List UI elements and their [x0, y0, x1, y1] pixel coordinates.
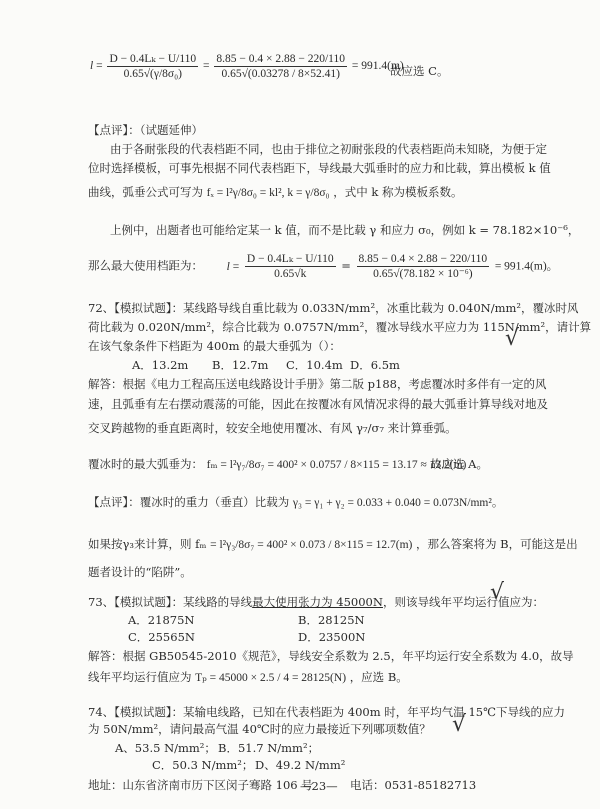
para3-text: 曲线，弧垂公式可写为 [88, 185, 203, 199]
q72-comment-label: 【点评】：覆冰时的重力（垂直）比载为 [88, 495, 289, 509]
document-page: l = D − 0.4Lₖ − U/1100.65√(γ/8σ₀) = 8.85… [0, 0, 600, 809]
q73-answer1: 解答：根据 GB50545-2010《规范》，导线安全系数为 2.5，年平均运行… [88, 648, 574, 664]
q73-answer2: 线年平均运行值应为 Tₚ = 45000 × 2.5 / 4 = 28125(N… [88, 669, 408, 685]
q72-answer2: 速，且弧垂有左右摆动震荡的可能，因此在按覆冰有风情况求得的最大弧垂计算导线对地及 [88, 396, 548, 412]
checkmark-icon: √ [452, 712, 466, 737]
q72-comment-formula: γ₃ = γ₁ + γ₂ = 0.033 + 0.040 = 0.073N/mm… [293, 497, 503, 509]
footer-address: 地址：山东省济南市历下区闵子骞路 106 号 [88, 777, 313, 793]
q72-formula-label: 覆冰时的最大弧垂为： [88, 457, 203, 471]
comment1-heading: 【点评】：（试题延伸） [88, 122, 203, 138]
para5-numerator-values: 8.85 − 0.4 × 2.88 − 220/110 [357, 252, 490, 267]
q72-alt-post: ，那么答案将为 B，可能这是出 [416, 537, 578, 551]
q72-comment: 【点评】：覆冰时的重力（垂直）比载为 γ₃ = γ₁ + γ₂ = 0.033 … [88, 494, 503, 510]
comment1-para4: 上例中，出题者也可能给定某一 k 值，而不是比载 γ 和应力 σ₀，例如 k =… [110, 222, 579, 238]
q72-option-b: B．12.7m [212, 357, 268, 373]
q73-formula: Tₚ = 45000 × 2.5 / 4 = 28125(N) [195, 672, 346, 684]
sag-formula: fₓ = l²γ/8σ₀ = kl², k = γ/8σ₀ [207, 187, 330, 199]
formula-numerator: D − 0.4Lₖ − U/110 [107, 52, 198, 67]
q74-option-c: C．50.3 N/mm²； [152, 757, 253, 773]
q73-text: 73、【模拟试题】：某线路的导线 [88, 595, 252, 609]
q74-option-a: A、53.5 N/mm²； [115, 740, 216, 756]
para5-text: 那么最大使用档距为： [88, 259, 203, 273]
comment1-para5: 那么最大使用档距为： l = D − 0.4Lₖ − U/1100.65√k =… [88, 252, 558, 281]
para3-text-end: ，式中 k 称为模板系数。 [333, 185, 462, 199]
formula-denominator-values: 0.65√(0.03278 / 8×52.41) [219, 67, 342, 81]
para5-denominator-values: 0.65√(78.182 × 10⁻⁶) [371, 267, 475, 281]
q72-answer3: 交叉跨越物的垂直距离时，较安全地使用覆冰、有风 γ₇/σ₇ 来计算垂弧。 [88, 420, 457, 436]
q72-alt-formula: = l²γ₃/8σ₇ = 400² × 0.073 / 8×115 = 12.7… [210, 539, 412, 551]
formula-denominator: 0.65√(γ/8σ₀) [122, 67, 184, 81]
q72-line3: 在该气象条件下档距为 400m 的最大垂弧为（）： [88, 338, 341, 354]
q73-underlined: 最大使用张力为 45000N [252, 595, 383, 609]
q72-alt-line2: 题者设计的“陷阱”。 [88, 564, 192, 580]
q72-line1: 72、【模拟试题】：某线路导线自重比载为 0.033N/mm²，冰重比载为 0.… [88, 300, 579, 316]
q74-option-b: B．51.7 N/mm²； [218, 740, 319, 756]
checkmark-icon: √ [490, 580, 504, 605]
q73-answer2-text: 线年平均运行值应为 [88, 670, 192, 684]
footer-phone: 电话：0531-85182713 [350, 777, 476, 793]
q73-answer2-end: ，应选 B。 [350, 670, 408, 684]
para5-denominator: 0.65√k [272, 267, 308, 281]
q72-formula-conclusion: 故应选 A。 [430, 456, 488, 472]
checkmark-icon: √ [505, 326, 519, 351]
q73-option-b: B．28125N [298, 612, 365, 628]
q72-alt: 如果按γ₃来计算，则 fₘ = l²γ₃/8σ₇ = 400² × 0.073 … [88, 536, 578, 552]
formula1-conclusion: 故应选 C。 [390, 63, 448, 79]
para5-result: = 991.4(m)。 [495, 261, 558, 273]
q73-line1: 73、【模拟试题】：某线路的导线最大使用张力为 45000N，则该导线年平均运行… [88, 594, 544, 610]
formula-max-span: l = D − 0.4Lₖ − U/1100.65√(γ/8σ₀) = 8.85… [90, 52, 404, 81]
comment1-para2: 位时选择模板，可事先根据不同代表档距下，导线最大弧垂时的应力和比载，算出模板 k… [88, 160, 551, 176]
q72-option-c: C．10.4m [286, 357, 343, 373]
q72-option-d: D．6.5m [350, 357, 400, 373]
q72-alt-label: 如果按γ₃来计算，则 fₘ [88, 537, 206, 551]
q73-option-c: C．25565N [128, 629, 195, 645]
q73-option-a: A．21875N [128, 612, 194, 628]
comment1-para3: 曲线，弧垂公式可写为 fₓ = l²γ/8σ₀ = kl², k = γ/8σ₀… [88, 184, 462, 200]
q72-sag-formula: fₘ = l²γ₇/8σ₇ = 400² × 0.0757 / 8×115 = … [207, 459, 467, 471]
q73-option-d: D．23500N [298, 629, 365, 645]
footer-page-number: —23— [300, 779, 338, 793]
para5-numerator: D − 0.4Lₖ − U/110 [245, 252, 336, 267]
q72-answer1: 解答：根据《电力工程高压送电线路设计手册》第二版 p188，考虑覆冰时多伴有一定… [88, 376, 546, 392]
q72-formula: 覆冰时的最大弧垂为： fₘ = l²γ₇/8σ₇ = 400² × 0.0757… [88, 456, 466, 472]
q72-option-a: A．13.2m [132, 357, 188, 373]
formula-numerator-values: 8.85 − 0.4 × 2.88 − 220/110 [214, 52, 347, 67]
comment1-para1: 由于各耐张段的代表档距不同，也由于排位之初耐张段的代表档距尚未知晓，为便于定 [110, 141, 547, 157]
q74-line2: 为 50N/mm²，请问最高气温 40℃时的应力最接近下列哪项数值？ [88, 721, 431, 737]
q74-option-d: D、49.2 N/mm² [255, 757, 345, 773]
q74-line1: 74、【模拟试题】：某输电线路，已知在代表档距为 400m 时，年平均气温 15… [88, 704, 565, 720]
q73-text-end: ，则该导线年平均运行值应为： [383, 595, 544, 609]
